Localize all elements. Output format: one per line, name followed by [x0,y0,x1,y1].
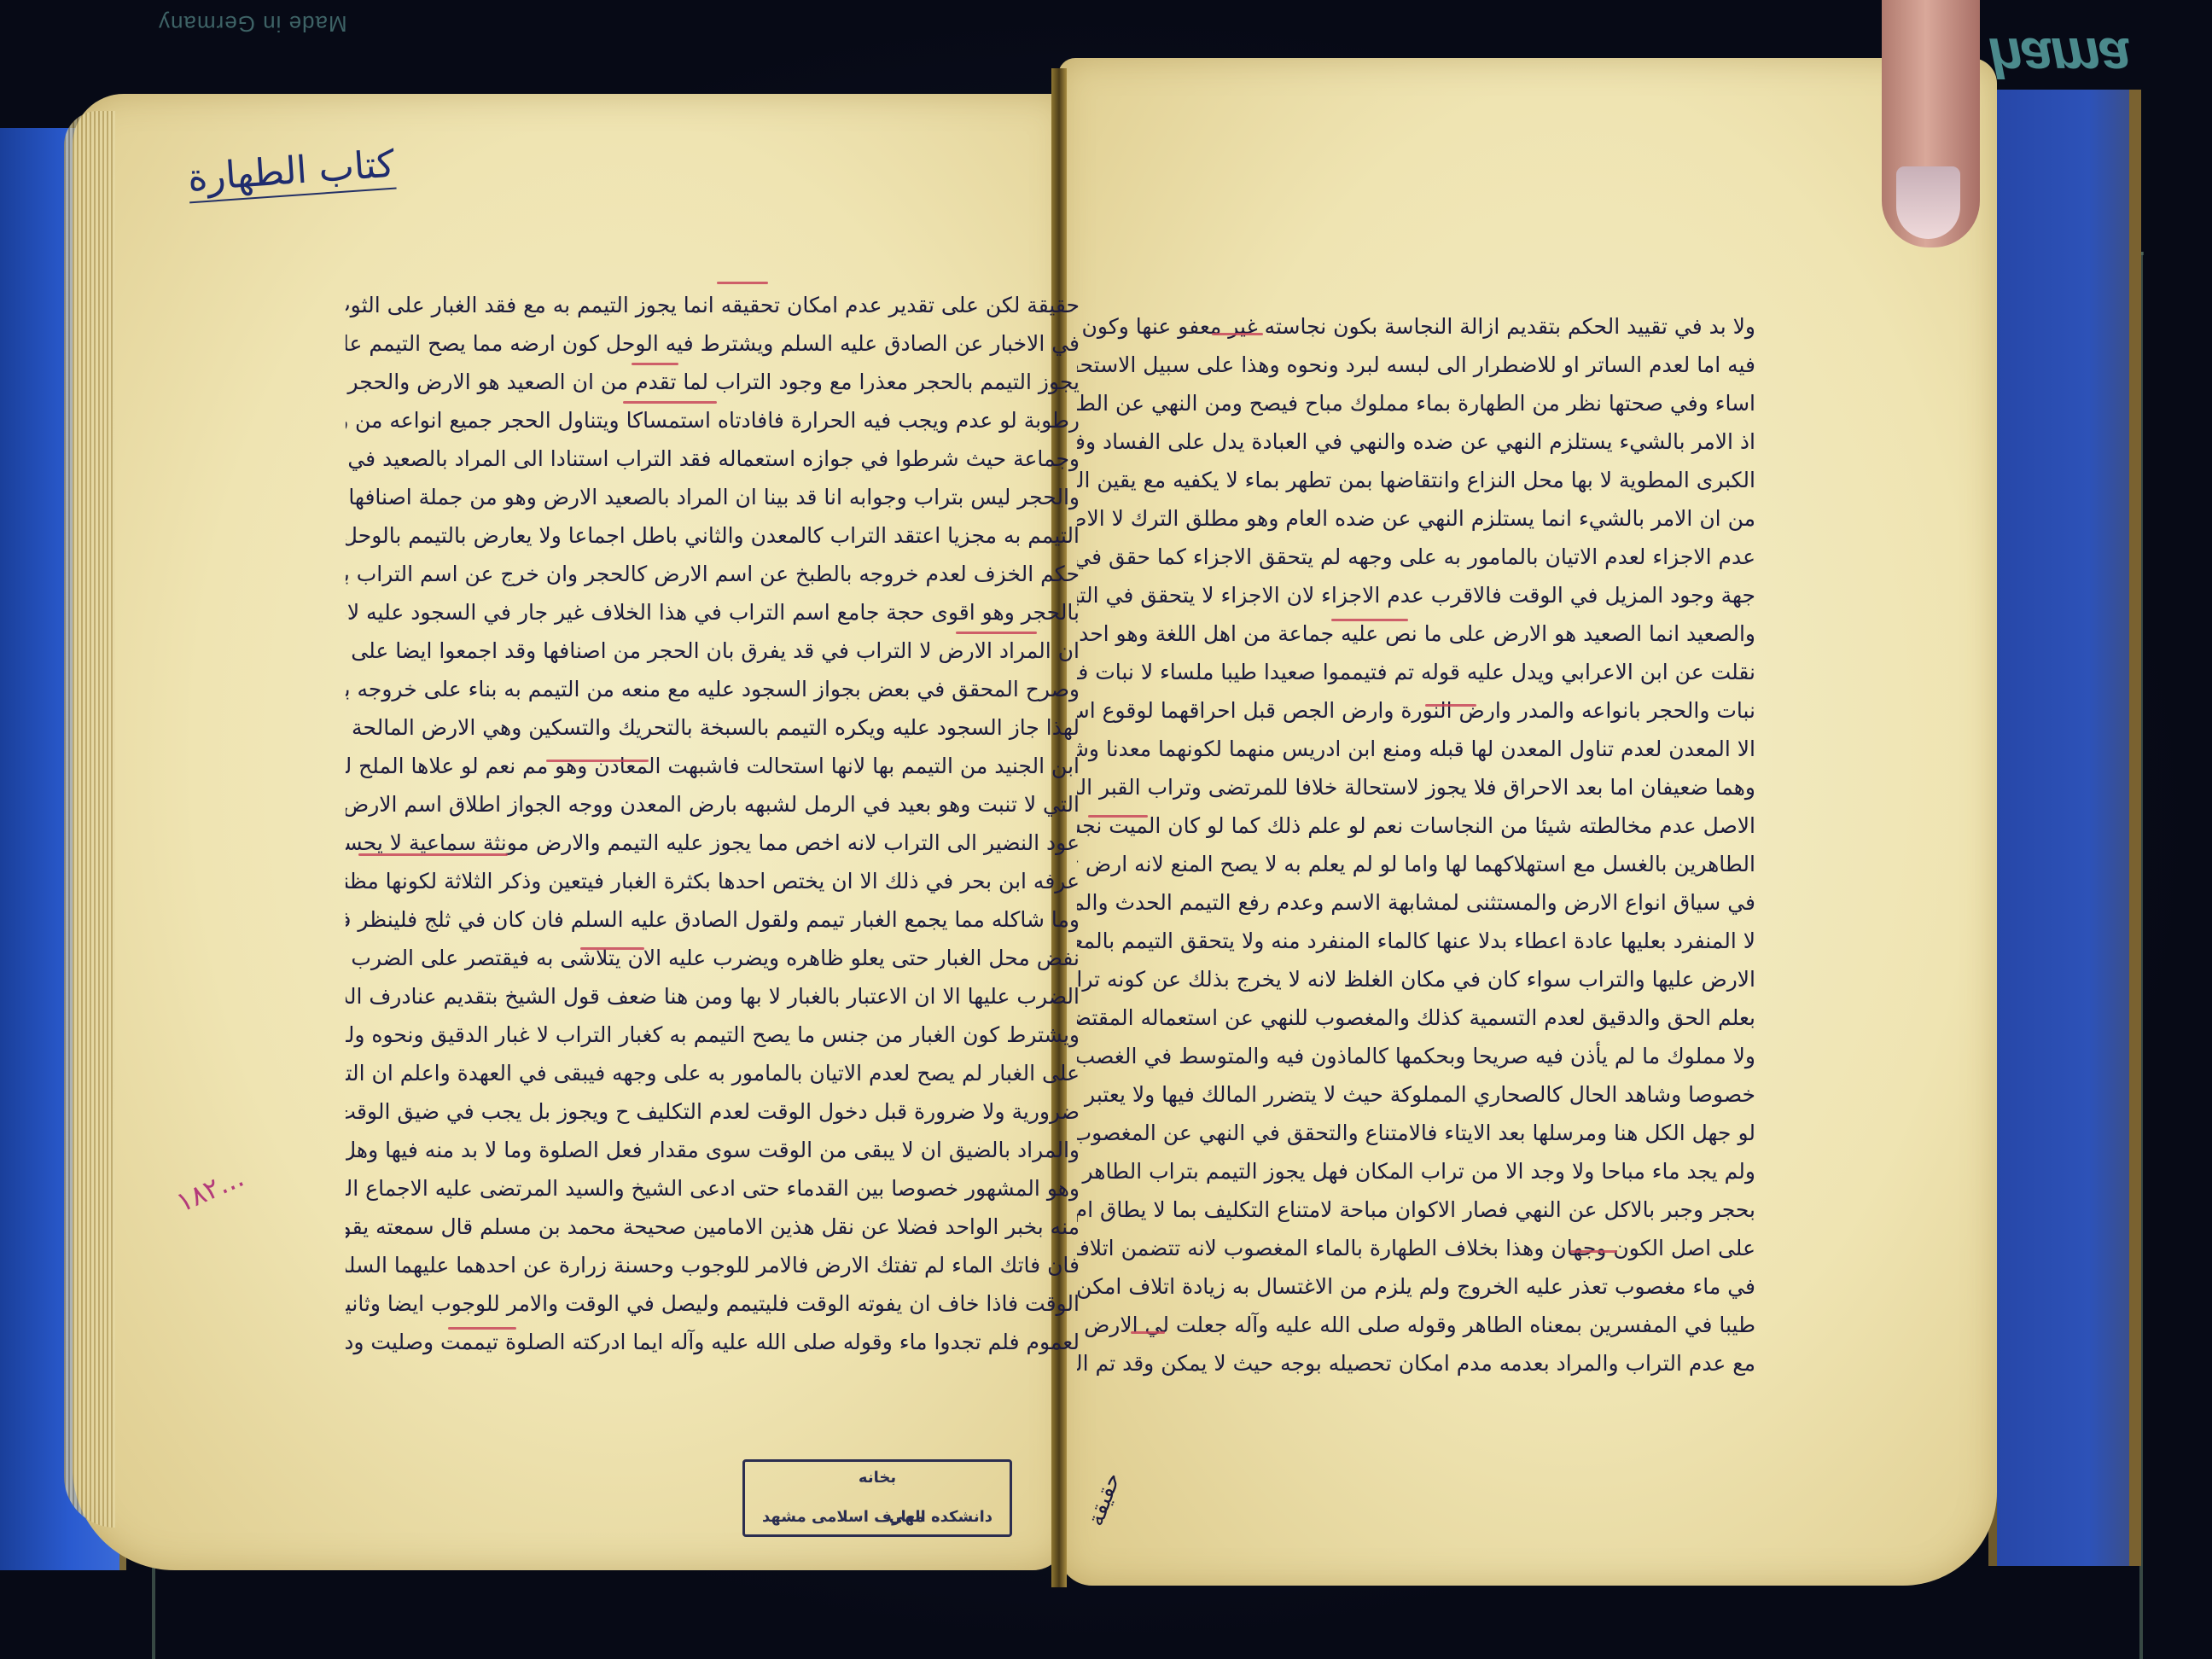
rubric-mark [358,853,508,856]
text-line: رطوبة لو عدم ويجب فيه الحرارة فافادتاه ا… [346,401,1080,439]
book-cover-right [1988,90,2141,1566]
text-line: نفض محل الغبار حتى يعلو ظاهره ويضرب عليه… [346,939,1080,977]
text-line: ولم يجد ماء مباحا ولا وجد الا من تراب ال… [1077,1152,1755,1190]
library-stamp: بخانه دانشکده الهی معارف اسلامی مشهد [742,1459,1012,1537]
text-line: وصرح المحقق في بعض بجواز السجود عليه مع … [346,670,1080,708]
text-line: اذ الامر بالشيء يستلزم النهي عن ضده والن… [1077,422,1755,461]
text-line: نقلت عن ابن الاعرابي ويدل عليه قوله تم ف… [1077,653,1755,691]
text-line: على الغبار لم يصح لعدم الاتيان بالمامور … [346,1054,1080,1092]
text-line: نبات والحجر بانواعه والمدر وارض النورة و… [1077,691,1755,730]
text-line: الضرب عليها الا ان الاعتبار بالغبار لا ب… [346,977,1080,1016]
rubric-mark [1331,619,1408,621]
text-line: عرفه ابن بحر في ذلك الا ان يختص احدها بك… [346,862,1080,900]
text-line: لهذا جاز السجود عليه ويكره التيمم بالسبخ… [346,708,1080,747]
text-line: وهما ضعيفان اما بعد الاحراق فلا يجوز لاس… [1077,768,1755,806]
text-line: الوقت فاذا خاف ان يفوته الوقت فليتيمم ول… [346,1284,1080,1323]
text-line: حكم الخزف لعدم خروجه بالطبخ عن اسم الارض… [346,555,1080,593]
text-line: في ماء مغصوب تعذر عليه الخروج ولم يلزم م… [1077,1267,1755,1306]
rubric-mark [448,1327,516,1330]
rubric-mark [623,401,717,404]
text-line: خصوصا وشاهد الحال كالصحاري المملوكة حيث … [1077,1075,1755,1114]
text-line: جهة وجود المزيل في الوقت فالاقرب عدم الا… [1077,576,1755,614]
left-page-text: حقيقة لكن على تقدير عدم امكان تحقيقه انم… [346,286,1080,1361]
text-line: والحجر ليس بتراب وجوابه انا قد بينا ان ا… [346,478,1080,516]
brand-logo: hama [1988,26,2128,90]
rubric-mark [1425,704,1476,707]
text-line: منه بخبر الواحد فضلا عن نقل هذين الامامي… [346,1208,1080,1246]
thumb-nail [1896,166,1960,239]
rubric-mark [956,632,1037,634]
stamp-line-2-left: معارف اسلامی مشهد [762,1508,925,1526]
text-line: فيه اما لعدم الساتر او للاضطرار الى لبسه… [1077,346,1755,384]
rubric-mark [1570,1250,1617,1253]
text-line: ضرورية ولا ضرورة قبل دخول الوقت لعدم الت… [346,1092,1080,1131]
text-line: عدم الاجزاء لعدم الاتيان بالمامور به على… [1077,538,1755,576]
stamp-line-1: بخانه [745,1469,1010,1487]
text-line: الا المعدن لعدم تناول المعدن لها قبله وم… [1077,730,1755,768]
right-page-text: ولا بد في تقييد الحكم بتقديم ازالة النجا… [1077,307,1755,1382]
text-line: ان المراد الارض لا التراب في قد يفرق بان… [346,632,1080,670]
text-line: بعلم الحق والدقيق لعدم التسمية كذلك والم… [1077,998,1755,1037]
text-line: التيمم به مجزيا اعتقد التراب كالمعدن وال… [346,516,1080,555]
text-line: في الاخبار عن الصادق عليه السلم ويشترط ف… [346,324,1080,363]
text-line: ولا مملوك ما لم يأذن فيه صريحا وبحكمها ك… [1077,1037,1755,1075]
text-line: مع عدم التراب والمراد بعدمه مدم امكان تح… [1077,1344,1755,1382]
text-line: في سياق انواع الارض والمستثنى لمشابهة ال… [1077,883,1755,922]
text-line: عود النضير الى التراب لانه اخص مما يجوز … [346,824,1080,862]
rubric-mark [1088,815,1148,818]
rubric-mark [1212,333,1263,335]
rubric-mark [1131,1331,1165,1334]
text-line: لو جهل الكل هنا ومرسلها بعد الايتاء فالا… [1077,1114,1755,1152]
text-line: الاصل عدم مخالطته شيئا من النجاسات نعم ل… [1077,806,1755,845]
text-line: الكبرى المطوية لا بها محل النزاع وانتقاض… [1077,461,1755,499]
text-line: التي لا تنبت وهو بعيد في الرمل لشبهه بار… [346,785,1080,824]
rubric-mark [546,760,649,762]
text-line: طيبا في المفسرين بمعناه الطاهر وقوله صلى… [1077,1306,1755,1344]
text-line: اساء وفي صحتها نظر من الطهارة بماء مملوك… [1077,384,1755,422]
text-line: ابن الجنيد من التيمم بها لانها استحالت ف… [346,747,1080,785]
text-line: من ان الامر بالشيء انما يستلزم النهي عن … [1077,499,1755,538]
text-line: الطاهرين بالغسل مع استهلاكهما لها واما ل… [1077,845,1755,883]
text-line: فان فاتك الماء لم تفتك الارض فالامر للوج… [346,1246,1080,1284]
text-line: ويشترط كون الغبار من جنس ما يصح التيمم ب… [346,1016,1080,1054]
text-line: وما شاكله مما يجمع الغبار تيمم ولقول الص… [346,900,1080,939]
text-line: ولا بد في تقييد الحكم بتقديم ازالة النجا… [1077,307,1755,346]
text-line: لا المنفرد بعليها عادة اعطاء بدلا عنها ك… [1077,922,1755,960]
rubric-mark [717,282,768,284]
text-line: الارض عليها والتراب سواء كان في مكان الغ… [1077,960,1755,998]
rubric-mark [580,947,644,950]
text-line: بالحجر وهو اقوى حجة جامع اسم التراب في ه… [346,593,1080,632]
text-line: وجماعة حيث شرطوا في جوازه استعماله فقد ا… [346,439,1080,478]
text-line: بحجر وجبر بالاكل عن النهي فصار الاكوان م… [1077,1190,1755,1229]
text-line: حقيقة لكن على تقدير عدم امكان تحقيقه انم… [346,286,1080,324]
text-line: والصعيد انما الصعيد هو الارض على ما نص ع… [1077,614,1755,653]
rubric-mark [632,363,678,365]
text-line: يجوز التيمم بالحجر معذرا مع وجود التراب … [346,363,1080,401]
text-line: وهو المشهور خصوصا بين القدماء حتى ادعى ا… [346,1169,1080,1208]
text-line: على اصل الكون وجهان وهذا بخلاف الطهارة ب… [1077,1229,1755,1267]
text-line: والمراد بالضيق ان لا يبقى من الوقت سوى م… [346,1131,1080,1169]
page-edges-left [64,111,115,1528]
box-label-text: Made in Germany [158,10,347,37]
